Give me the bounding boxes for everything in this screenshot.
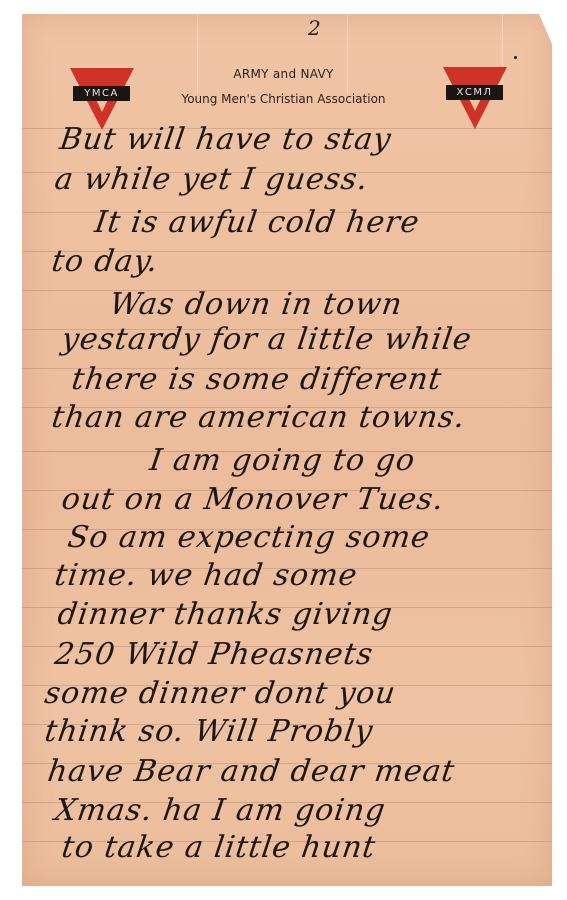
handwriting-line: I am going to go [148, 443, 418, 478]
handwriting-line: some dinner dont you [43, 676, 399, 711]
handwritten-body: But will have to stay a while yet I gues… [0, 0, 567, 900]
handwriting-line: have Bear and dear meat [46, 754, 458, 789]
handwriting-line: than are american towns. [50, 400, 468, 435]
handwriting-line: yestardy for a little while [60, 322, 475, 357]
handwriting-line: out on a Monover Tues. [60, 482, 447, 517]
handwriting-line: 250 Wild Pheasnets [53, 637, 376, 672]
handwriting-line: a while yet I guess. [53, 162, 371, 197]
handwriting-line: think so. Will Probly [43, 714, 376, 749]
handwriting-line: Xmas. ha I am going [53, 793, 388, 828]
handwriting-line: time. we had some [53, 558, 360, 593]
handwriting-line: to take a little hunt [60, 830, 379, 865]
handwriting-line: But will have to stay [58, 122, 394, 157]
handwriting-line: to day. [50, 244, 161, 279]
handwriting-line: Was down in town [108, 287, 405, 322]
handwriting-line: dinner thanks giving [56, 597, 396, 632]
handwriting-line: there is some different [70, 362, 445, 397]
handwriting-line: So am expecting some [66, 520, 433, 555]
handwriting-line: It is awful cold here [93, 205, 422, 240]
